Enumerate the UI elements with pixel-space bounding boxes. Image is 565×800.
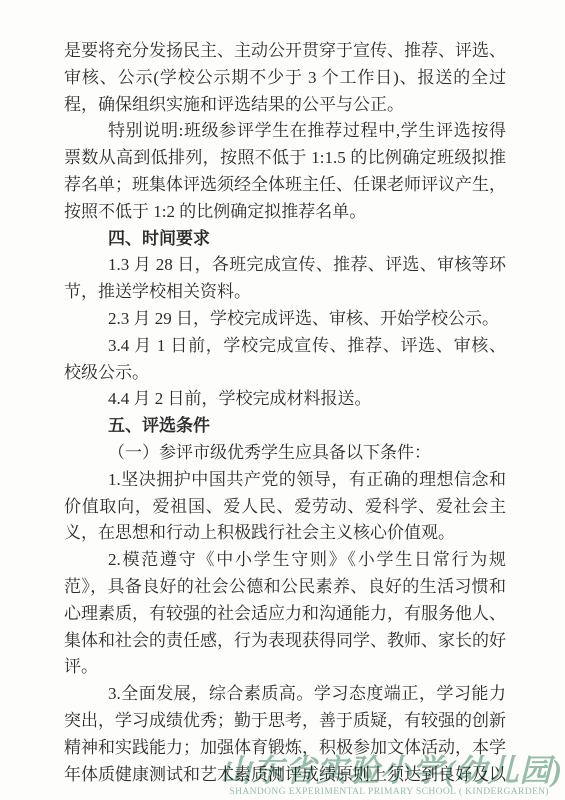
paragraph: 1.3 月 28 日，各班完成宣传、推荐、评选、审核等环节，推送学校相关资料。 xyxy=(64,252,506,306)
watermark-english-text: SHANDONG EXPERIMENTAL PRIMARY SCHOOL ( K… xyxy=(220,787,563,798)
paragraph: 2.模范遵守《中小学生守则》《小学生日常行为规范》，具备良好的社会公德和公民素养… xyxy=(64,547,506,681)
paragraph: 特别说明:班级参评学生在推荐过程中,学生评选按得票数从高到低排列，按照不低于 1… xyxy=(64,118,506,225)
paragraph: 1.坚决拥护中国共产党的领导，有正确的理想信念和价值取向，爱祖国、爱人民、爱劳动… xyxy=(64,467,506,547)
paragraph: 4.4 月 2 日前，学校完成材料报送。 xyxy=(64,386,506,413)
paragraph: 3.全面发展，综合素质高。学习态度端正，学习能力突出，学习成绩优秀；勤于思考，善… xyxy=(64,681,506,788)
document-body: 是要将充分发扬民主、主动公开贯穿于宣传、推荐、评选、审核、公示(学校公示期不少于… xyxy=(64,38,506,788)
document-page: 是要将充分发扬民主、主动公开贯穿于宣传、推荐、评选、审核、公示(学校公示期不少于… xyxy=(0,0,565,800)
paragraph: 3.4 月 1 日前，学校完成宣传、推荐、评选、审核、校级公示。 xyxy=(64,333,506,387)
paragraph: 是要将充分发扬民主、主动公开贯穿于宣传、推荐、评选、审核、公示(学校公示期不少于… xyxy=(64,38,506,118)
paragraph: （一）参评市级优秀学生应具备以下条件： xyxy=(64,440,506,467)
section-heading: 五、评选条件 xyxy=(64,413,506,440)
section-heading: 四、时间要求 xyxy=(64,226,506,253)
paragraph: 2.3 月 29 日，学校完成评选、审核、开始学校公示。 xyxy=(64,306,506,333)
